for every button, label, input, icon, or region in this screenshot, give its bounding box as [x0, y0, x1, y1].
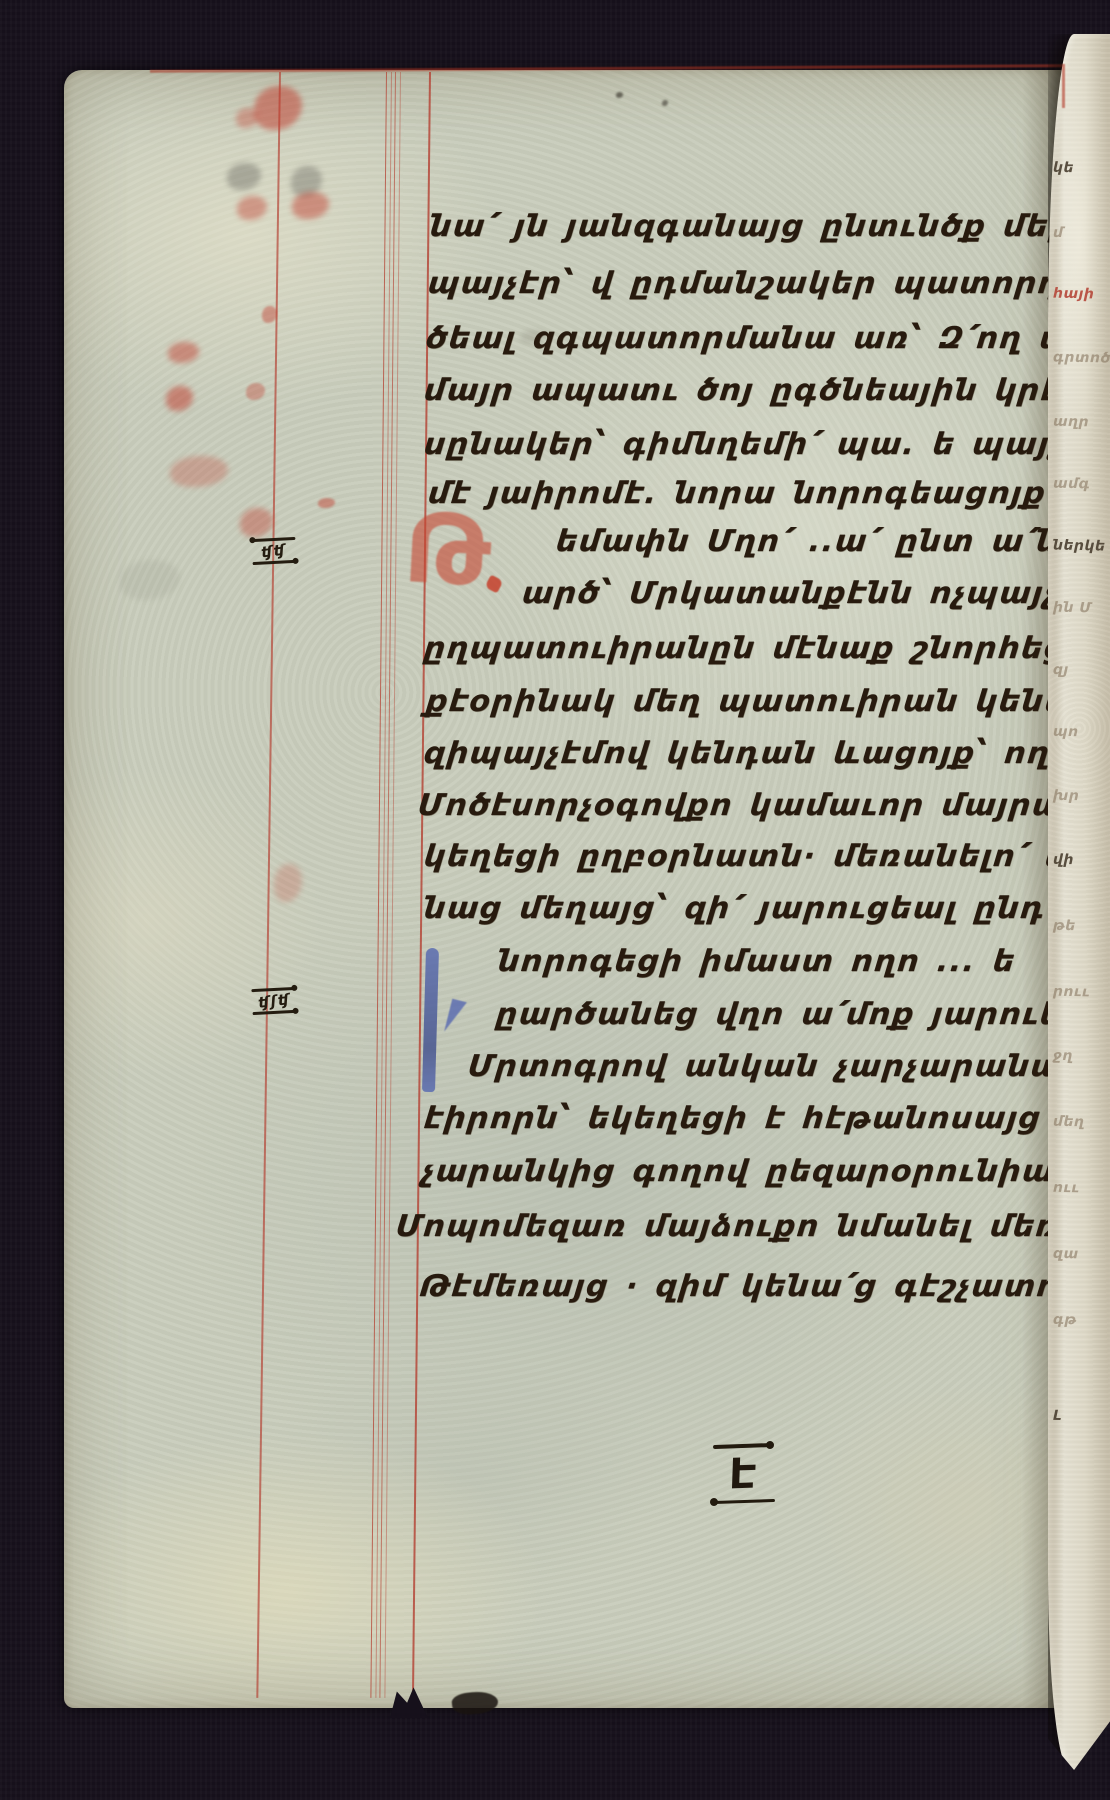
adjacent-page-text-fragment: աղր [1053, 414, 1089, 431]
quire-mark: ʧʃʧ [251, 987, 296, 1015]
blue-initial-flag [444, 999, 467, 1036]
adjacent-page-text-fragment: գթ [1053, 1312, 1077, 1328]
quire-mark: ʧʧ [251, 537, 296, 565]
adjacent-page-text-fragment: ամգ [1053, 476, 1090, 493]
manuscript-text-line: Մոպոմեզառ մայձուքո նմանել մեռեմ [393, 1201, 1108, 1253]
adjacent-page-text-fragment: ոււ [1053, 1180, 1080, 1197]
manuscript-text-line: ըարծանեց վղո ա՛մոք յարուեցէ [493, 989, 1108, 1041]
manuscript-text-line: զիպայչէմով կենդան ևացոյք՝ ողո [421, 728, 1076, 780]
adjacent-page-text-fragment: կե [1053, 160, 1074, 176]
manuscript-text-line: Թէմեռայց · զիմ կենա՛ց գէշչատորեմ [417, 1261, 1110, 1313]
red-stained-fore-edge [1062, 64, 1065, 108]
manuscript-text-line: մայր ապատւ ծոյ ըգծնեային կրէ՛ ե [421, 365, 1110, 417]
manuscript-text-line: քէօրինակ մեղ պատուիրան կենայ [423, 676, 1092, 728]
adjacent-page-text-fragment: ներկե [1053, 537, 1106, 554]
quire-mark-glyph: ʧʃʧ [257, 992, 291, 1010]
adjacent-page-text-fragment: Լ [1053, 1408, 1063, 1424]
signature-overline [713, 1443, 771, 1449]
photo-background: նա՛ յն յանզգանայց ընտւնծք մերո՛ արպայչէր… [0, 0, 1110, 1800]
signature-letter: Է [729, 1451, 758, 1496]
adjacent-page-text-fragment: ջղ [1053, 1048, 1073, 1064]
manuscript-text-line: արծ՝ Մրկատանքէնն ոչպայչեն [519, 568, 1106, 620]
manuscript-text-line: մէ յաիրոմէ. նորա նորոգեացոյք ա՛ [425, 468, 1110, 520]
manuscript-text-line: եմափն Մղո՛ ․․ա՛ ընտ ա՛նա [553, 516, 1095, 568]
adjacent-page-text-fragment: հայի [1053, 286, 1095, 303]
adjacent-page-text-fragment: թե [1053, 918, 1076, 934]
adjacent-page-text-fragment: գրտոծ [1053, 349, 1110, 366]
blue-initial-stem [422, 948, 439, 1092]
manuscript-text-line: չարանկից գողով ըեզարօրունիայչօ [419, 1146, 1105, 1198]
adjacent-page-text-fragment: պո [1053, 724, 1079, 741]
quire-mark-glyph: ʧʧ [261, 543, 288, 560]
manuscript-text-line: նա՛ յն յանզգանայց ընտւնծք մերո՛ ար [427, 201, 1110, 253]
manuscript-text-line: էիրորն՝ եկեղեցի է հէթանոսայց չ [421, 1093, 1074, 1145]
manuscript-text-line: Մրտոգրով անկան չարչարանայց [465, 1041, 1100, 1093]
adjacent-page-text-fragment: ին Մ [1053, 600, 1092, 617]
manuscript-text-line: ըղպատուիրանըն մէնաք շնորհեցէ [421, 623, 1090, 675]
adjacent-page-text-fragment: զա [1053, 1246, 1079, 1263]
quire-signature: Է [711, 1443, 775, 1504]
manuscript-text-line: սընակեր՝ գիմնղեմի՛ պա. ե պայչէմ [421, 419, 1109, 471]
manuscript-text-line: նորոգեցի իմաստ ողո ․․․ ե [495, 936, 1018, 988]
adjacent-page-text-fragment: վի [1053, 852, 1074, 868]
adjacent-page-text-fragment: մ [1053, 225, 1064, 241]
adjacent-page-text-fragment: խր [1053, 788, 1080, 805]
manuscript-text-line: ծեալ զգպատորմանա առ՝ Զ՛ող արբանլ [423, 313, 1110, 365]
manuscript-text-line: նաց մեղայց՝ զի՛ յարուցեալ ընդ ըե [421, 883, 1110, 935]
manuscript-text-line: Մոծէսորչօգովքո կամաւոր մայրամ [415, 780, 1090, 832]
adjacent-page-text-fragment: զյ [1053, 662, 1069, 678]
adjacent-page-text-fragment: մեղ [1053, 1114, 1085, 1131]
adjacent-page-edge: կեմհայիգրտոծաղրամգներկեին Մզյպոխրվիթերու… [1048, 34, 1110, 1770]
manuscript-text-line: կեղեցի ըղբօրնատն· մեռանելո՛ վե [421, 831, 1093, 883]
manuscript-text-line: պայչէր՝ վ ըդմանշակեր պատորդնէվ [425, 258, 1110, 310]
adjacent-page-text-fragment: րոււ [1053, 984, 1090, 1001]
